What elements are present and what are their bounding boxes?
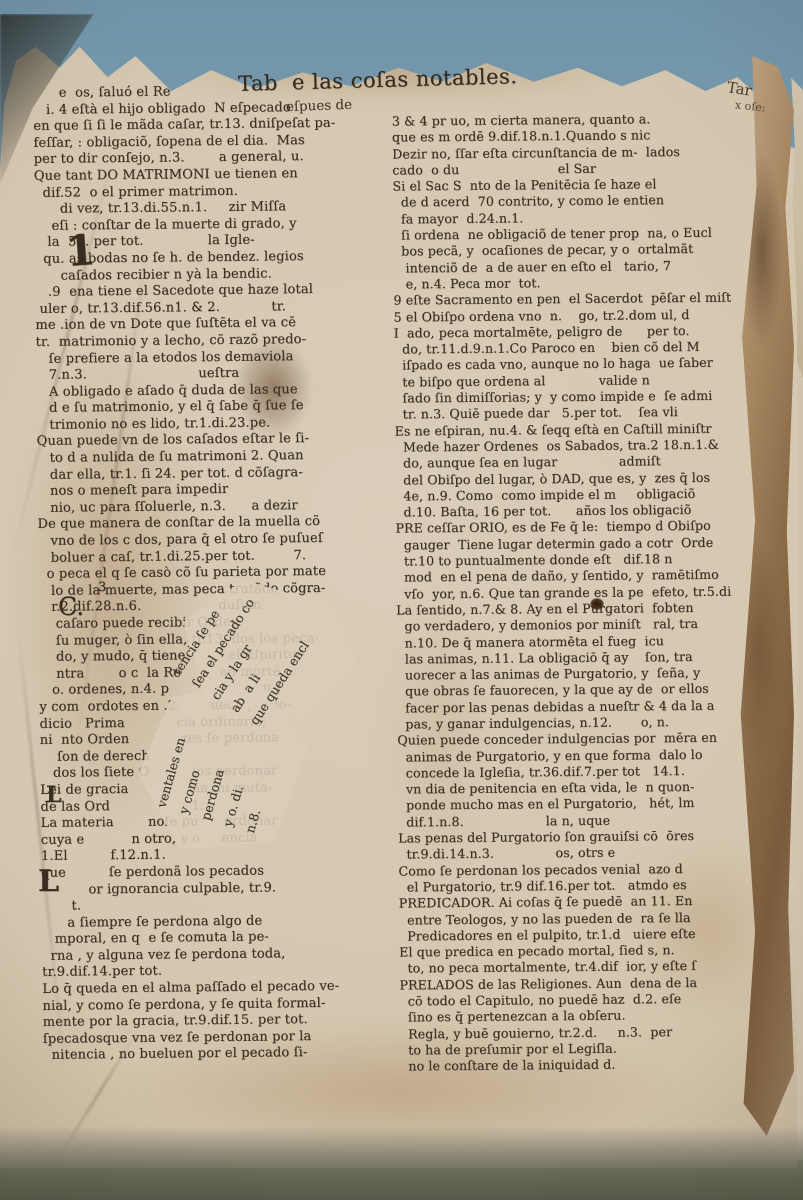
crumpled-fragment-overlay: tencia ſe peſea el pecado cocia y la gra… — [128, 560, 418, 860]
index-entry-line: 4e, n.9. Como como impide el m obligaciõ — [395, 485, 745, 504]
table-surface — [0, 1126, 803, 1200]
margin-letter-c: C. — [58, 592, 84, 621]
book-photograph: { "scene": { "description": "Photograph … — [0, 0, 803, 1200]
index-entry-line: go verdadero, y demonios por miniſt ral,… — [396, 616, 746, 635]
corner-text-fragment: Tar — [726, 78, 753, 100]
index-entry-line: bos pecã, y ocaſiones de pecar, y o orta… — [393, 241, 743, 260]
index-entry-line: iſpado es cada vno, aunque no lo haga ue… — [394, 355, 744, 374]
margin-numeral: 1 — [64, 225, 97, 276]
margin-letter-l: L — [38, 864, 59, 899]
index-entry-line: no le conſtare de la iniquidad d. — [400, 1056, 750, 1075]
margin-letter-c-superscript: 3 — [98, 580, 106, 595]
index-entry-line: facer por las penas debidas a nueſtr & 4… — [397, 697, 747, 716]
index-entry-line: PRELADOS de las Religiones. Aun dena de … — [399, 974, 749, 993]
margin-letter-l: L — [46, 782, 61, 808]
right-text-column: 3 & 4 pr uo, m cierta manera, quanto a.q… — [392, 110, 750, 1075]
index-entry-line: animas de Purgatorio, y en que forma dal… — [397, 746, 747, 765]
index-entry-line: 9 eſte Sacramento en pen el Sacerdot pēſ… — [393, 290, 743, 309]
index-entry-line: gauger Tiene lugar determin gado a cotr … — [396, 534, 746, 553]
index-entry-line: Mede hazer Ordenes os Sabados, tra.2 18.… — [395, 436, 745, 455]
